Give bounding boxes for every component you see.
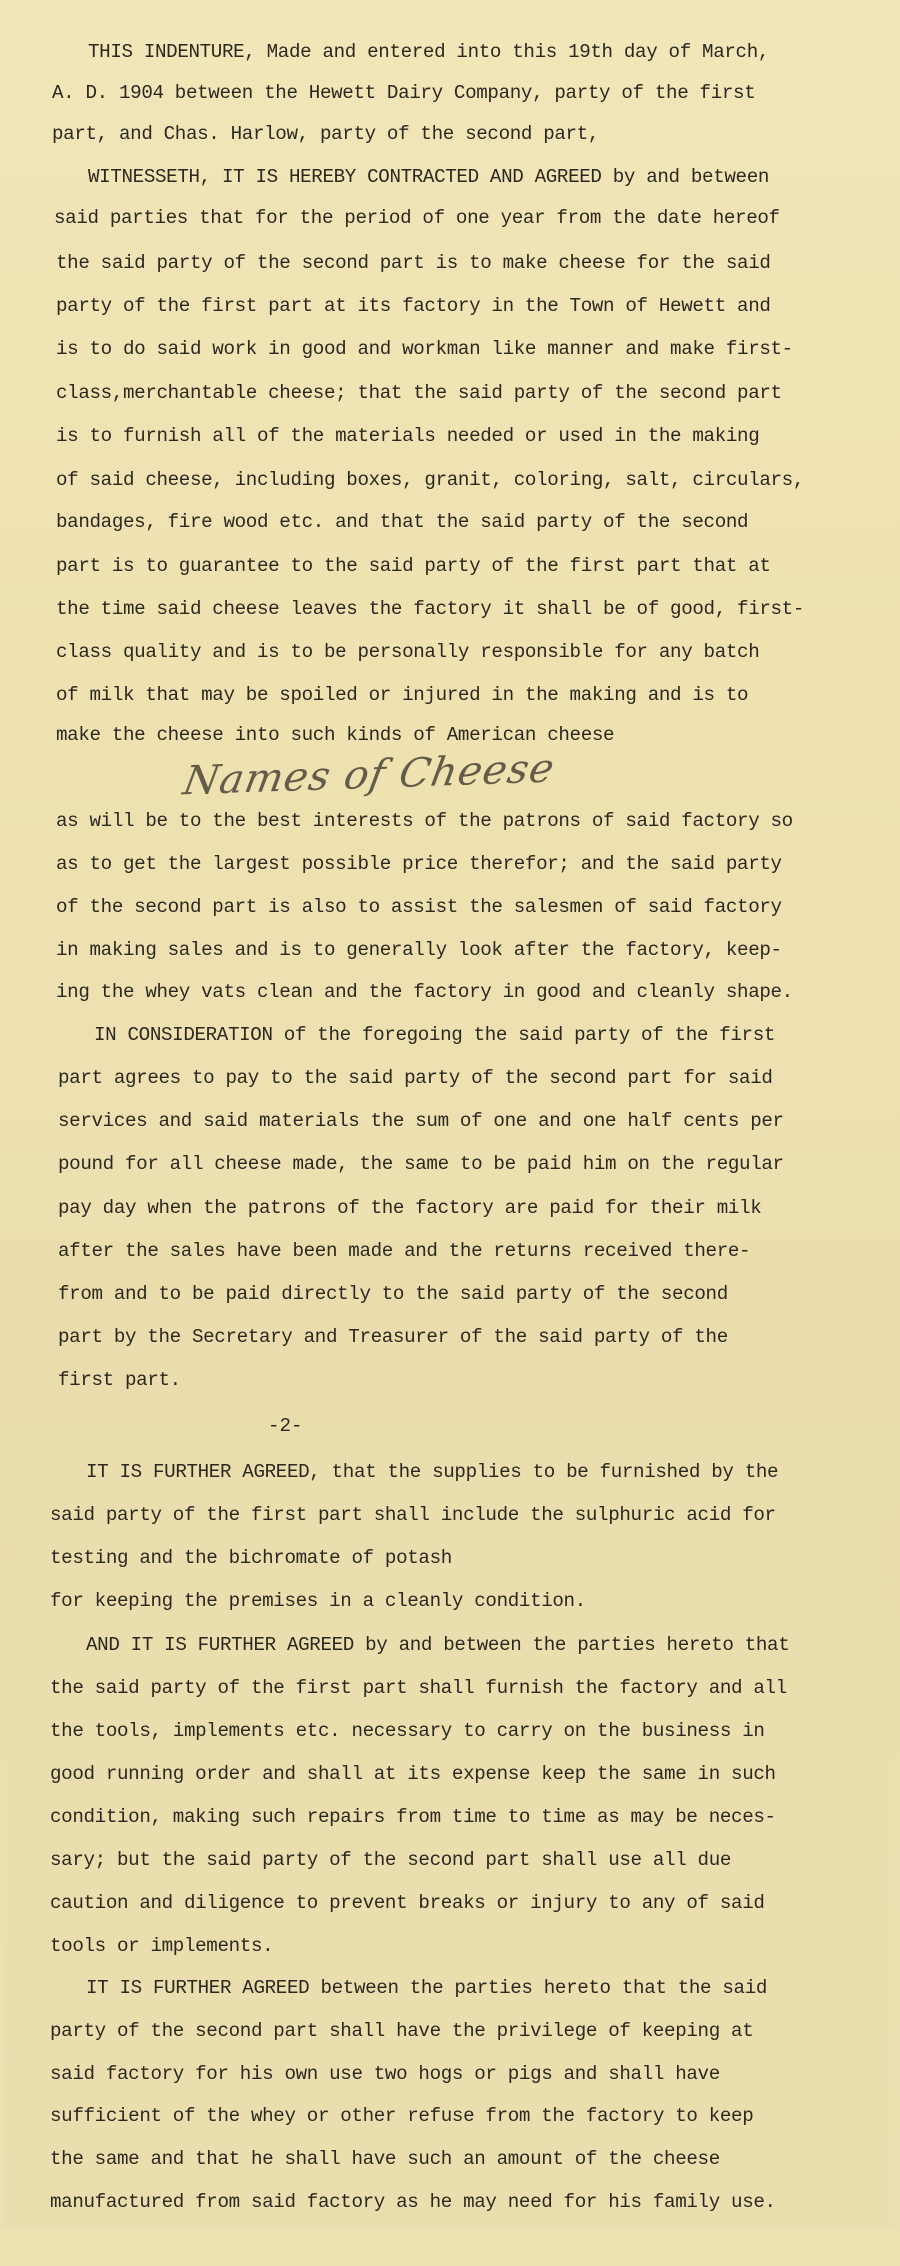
text-line: testing and the bichromate of potash: [50, 1545, 452, 1571]
text-line: as will be to the best interests of the …: [56, 808, 793, 834]
text-line: is to do said work in good and workman l…: [56, 336, 793, 362]
text-line: bandages, fire wood etc. and that the sa…: [56, 509, 748, 535]
text-line: sufficient of the whey or other refuse f…: [50, 2103, 753, 2129]
text-line: as to get the largest possible price the…: [56, 851, 782, 877]
text-line: the said party of the first part shall f…: [50, 1675, 787, 1701]
text-line: part, and Chas. Harlow, party of the sec…: [52, 121, 599, 147]
text-line: of the second part is also to assist the…: [56, 894, 782, 920]
text-line: of milk that may be spoiled or injured i…: [56, 682, 748, 708]
text-line: IT IS FURTHER AGREED, that the supplies …: [86, 1459, 778, 1485]
text-line: IT IS FURTHER AGREED between the parties…: [86, 1975, 767, 2001]
text-line: said parties that for the period of one …: [54, 205, 780, 231]
text-line: tools or implements.: [50, 1933, 273, 1959]
text-line: the tools, implements etc. necessary to …: [50, 1718, 765, 1744]
text-line: THIS INDENTURE, Made and entered into th…: [88, 39, 769, 65]
text-line: of said cheese, including boxes, granit,…: [56, 467, 804, 493]
text-line: condition, making such repairs from time…: [50, 1804, 776, 1830]
text-line: part agrees to pay to the said party of …: [58, 1065, 773, 1091]
text-line: A. D. 1904 between the Hewett Dairy Comp…: [52, 80, 755, 106]
text-line: first part.: [58, 1367, 181, 1393]
text-line: is to furnish all of the materials neede…: [56, 423, 759, 449]
text-line: the said party of the second part is to …: [56, 250, 771, 276]
text-line: pay day when the patrons of the factory …: [58, 1195, 761, 1221]
text-line: AND IT IS FURTHER AGREED by and between …: [86, 1632, 789, 1658]
text-line: said factory for his own use two hogs or…: [50, 2061, 720, 2087]
text-line: the same and that he shall have such an …: [50, 2146, 720, 2172]
text-line: party of the second part shall have the …: [50, 2018, 753, 2044]
text-line: party of the first part at its factory i…: [56, 293, 771, 319]
text-line: after the sales have been made and the r…: [58, 1238, 750, 1264]
text-line: in making sales and is to generally look…: [56, 937, 782, 963]
text-line: for keeping the premises in a cleanly co…: [50, 1588, 586, 1614]
text-line: sary; but the said party of the second p…: [50, 1847, 731, 1873]
text-line: the time said cheese leaves the factory …: [56, 596, 804, 622]
text-line: pound for all cheese made, the same to b…: [58, 1151, 784, 1177]
text-line: make the cheese into such kinds of Ameri…: [56, 722, 614, 748]
page-number: -2-: [268, 1413, 303, 1439]
text-line: ing the whey vats clean and the factory …: [56, 979, 793, 1005]
text-line: class quality and is to be personally re…: [56, 639, 759, 665]
text-line: WITNESSETH, IT IS HEREBY CONTRACTED AND …: [88, 164, 769, 190]
text-line: part by the Secretary and Treasurer of t…: [58, 1324, 728, 1350]
text-line: manufactured from said factory as he may…: [50, 2189, 776, 2215]
text-line: class,merchantable cheese; that the said…: [56, 380, 782, 406]
text-line: IN CONSIDERATION of the foregoing the sa…: [94, 1022, 775, 1048]
text-line: from and to be paid directly to the said…: [58, 1281, 728, 1307]
text-line: services and said materials the sum of o…: [58, 1108, 784, 1134]
text-line: good running order and shall at its expe…: [50, 1761, 776, 1787]
text-line: part is to guarantee to the said party o…: [56, 553, 771, 579]
text-line: said party of the first part shall inclu…: [50, 1502, 776, 1528]
text-line: caution and diligence to prevent breaks …: [50, 1890, 765, 1916]
